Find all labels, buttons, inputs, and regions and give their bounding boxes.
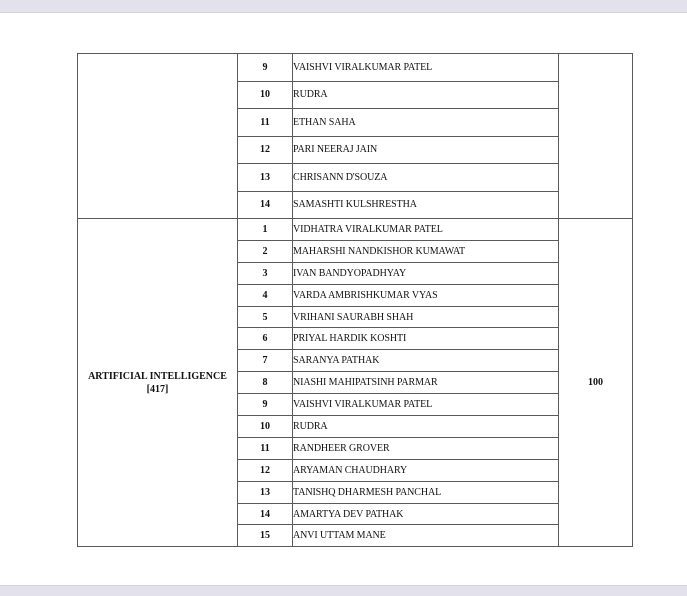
serial-number: 3 <box>238 262 293 284</box>
serial-number: 11 <box>238 109 293 137</box>
student-subject-table: 9VAISHVI VIRALKUMAR PATEL10RUDRA11ETHAN … <box>77 53 633 547</box>
serial-number: 12 <box>238 136 293 164</box>
student-name: ARYAMAN CHAUDHARY <box>293 459 559 481</box>
student-name: VAISHVI VIRALKUMAR PATEL <box>293 394 559 416</box>
table-row: ARTIFICIAL INTELLIGENCE[417]1VIDHATRA VI… <box>78 219 633 241</box>
student-name: SAMASHTI KULSHRESTHA <box>293 191 559 219</box>
student-name: PARI NEERAJ JAIN <box>293 136 559 164</box>
serial-number: 14 <box>238 503 293 525</box>
student-name: VIDHATRA VIRALKUMAR PATEL <box>293 219 559 241</box>
subject-name: ARTIFICIAL INTELLIGENCE <box>78 370 237 383</box>
student-name: RUDRA <box>293 81 559 109</box>
serial-number: 4 <box>238 284 293 306</box>
student-name: NIASHI MAHIPATSINH PARMAR <box>293 372 559 394</box>
serial-number: 9 <box>238 394 293 416</box>
subject-cell <box>78 54 238 219</box>
student-name: SARANYA PATHAK <box>293 350 559 372</box>
max-marks-cell <box>559 54 633 219</box>
serial-number: 8 <box>238 372 293 394</box>
student-name: AMARTYA DEV PATHAK <box>293 503 559 525</box>
student-name: VAISHVI VIRALKUMAR PATEL <box>293 54 559 82</box>
serial-number: 14 <box>238 191 293 219</box>
student-name: IVAN BANDYOPADHYAY <box>293 262 559 284</box>
student-name: CHRISANN D'SOUZA <box>293 164 559 192</box>
subject-cell: ARTIFICIAL INTELLIGENCE[417] <box>78 219 238 547</box>
serial-number: 5 <box>238 306 293 328</box>
student-name: VRIHANI SAURABH SHAH <box>293 306 559 328</box>
max-marks-cell: 100 <box>559 219 633 547</box>
serial-number: 1 <box>238 219 293 241</box>
serial-number: 10 <box>238 81 293 109</box>
serial-number: 15 <box>238 525 293 547</box>
viewer-top-bar <box>0 0 687 13</box>
student-name: RUDRA <box>293 416 559 438</box>
table-body: 9VAISHVI VIRALKUMAR PATEL10RUDRA11ETHAN … <box>78 54 633 547</box>
serial-number: 10 <box>238 416 293 438</box>
student-name: MAHARSHI NANDKISHOR KUMAWAT <box>293 240 559 262</box>
student-name: RANDHEER GROVER <box>293 437 559 459</box>
table-row: 9VAISHVI VIRALKUMAR PATEL <box>78 54 633 82</box>
viewer-bottom-bar <box>0 585 687 596</box>
serial-number: 6 <box>238 328 293 350</box>
student-name: TANISHQ DHARMESH PANCHAL <box>293 481 559 503</box>
student-name: PRIYAL HARDIK KOSHTI <box>293 328 559 350</box>
serial-number: 12 <box>238 459 293 481</box>
student-name: VARDA AMBRISHKUMAR VYAS <box>293 284 559 306</box>
student-name: ETHAN SAHA <box>293 109 559 137</box>
subject-code: [417] <box>78 383 237 396</box>
serial-number: 13 <box>238 481 293 503</box>
serial-number: 13 <box>238 164 293 192</box>
student-name: ANVI UTTAM MANE <box>293 525 559 547</box>
serial-number: 11 <box>238 437 293 459</box>
serial-number: 9 <box>238 54 293 82</box>
serial-number: 2 <box>238 240 293 262</box>
serial-number: 7 <box>238 350 293 372</box>
